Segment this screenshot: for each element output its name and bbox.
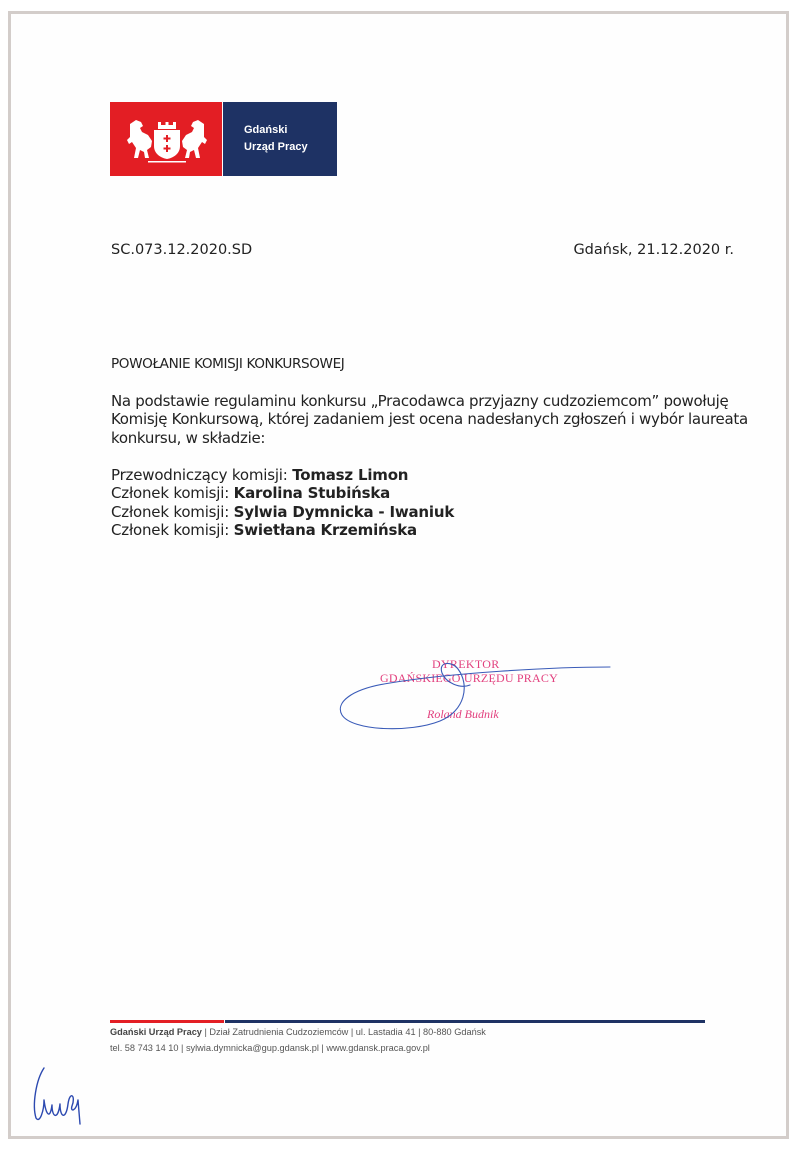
member-role: Członek komisji:	[111, 503, 229, 521]
committee-members-list: Przewodniczący komisji: Tomasz Limon Czł…	[111, 466, 454, 539]
member-role: Członek komisji:	[111, 484, 229, 502]
member-role: Przewodniczący komisji:	[111, 466, 288, 484]
logo-name-panel: Gdański Urząd Pracy	[223, 102, 337, 176]
footer-org: Gdański Urząd Pracy	[110, 1027, 202, 1037]
footer-divider-red	[110, 1020, 224, 1023]
member-name: Tomasz Limon	[292, 466, 408, 484]
gup-logo: Gdański Urząd Pracy	[110, 102, 337, 176]
committee-member: Członek komisji: Sylwia Dymnicka - Iwani…	[111, 503, 454, 521]
body-paragraph: Na podstawie regulaminu konkursu „Pracod…	[111, 392, 751, 447]
document-page	[8, 11, 789, 1139]
logo-line-1: Gdański	[244, 122, 308, 139]
committee-member: Członek komisji: Karolina Stubińska	[111, 484, 454, 502]
member-role: Członek komisji:	[111, 521, 229, 539]
handwritten-initials-icon	[30, 1060, 90, 1130]
member-name: Swietłana Krzemińska	[234, 521, 417, 539]
place-and-date: Gdańsk, 21.12.2020 r.	[573, 242, 734, 258]
footer-contact: tel. 58 743 14 10 | sylwia.dymnicka@gup.…	[110, 1043, 430, 1053]
document-reference-number: SC.073.12.2020.SD	[111, 242, 252, 258]
footer-divider-blue	[225, 1020, 705, 1023]
logo-text: Gdański Urząd Pracy	[244, 122, 308, 156]
member-name: Sylwia Dymnicka - Iwaniuk	[234, 503, 454, 521]
member-name: Karolina Stubińska	[234, 484, 390, 502]
logo-line-2: Urząd Pracy	[244, 139, 308, 156]
footer-divider	[110, 1020, 705, 1023]
committee-member: Przewodniczący komisji: Tomasz Limon	[111, 466, 454, 484]
document-title: POWOŁANIE KOMISJI KONKURSOWEJ	[111, 356, 344, 372]
committee-member: Członek komisji: Swietłana Krzemińska	[111, 521, 454, 539]
footer-address: Gdański Urząd Pracy | Dział Zatrudnienia…	[110, 1027, 486, 1037]
gdansk-crest-icon	[124, 116, 210, 164]
logo-crest-panel	[110, 102, 222, 176]
handwritten-signature-icon	[330, 655, 620, 740]
footer-address-text: | Dział Zatrudnienia Cudzoziemców | ul. …	[202, 1027, 486, 1037]
director-stamp: DYREKTOR GDAŃSKIEGO URZĘDU PRACY Roland …	[330, 655, 620, 740]
